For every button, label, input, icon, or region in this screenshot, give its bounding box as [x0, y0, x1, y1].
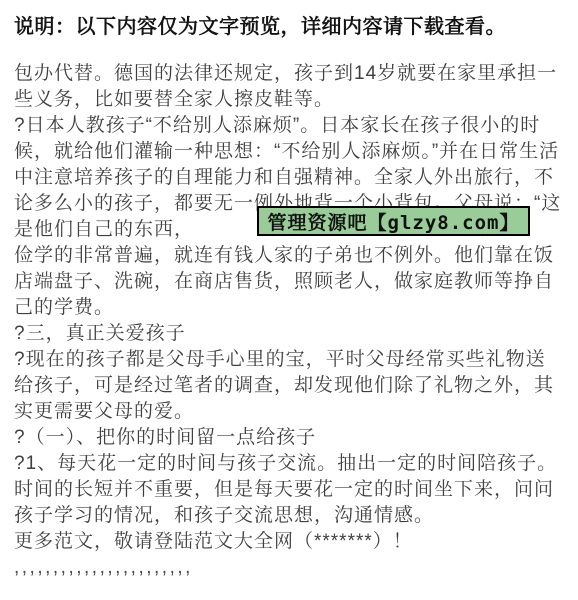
paragraph: ?现在的孩子都是父母手心里的宝，平时父母经常买些礼物送给孩子，可是经过笔者的调查…: [14, 347, 564, 425]
footer-note: 更多范文，敬请登陆范文大全网（*******）！: [14, 529, 564, 555]
preview-notice: 说明：以下内容仅为文字预览，详细内容请下载查看。: [14, 15, 564, 40]
paragraph: 俭学的非常普遍，就连有钱人家的子弟也不例外。他们靠在饭店端盘子、洗碗，在商店售货…: [14, 243, 564, 321]
paragraph: ?1、每天花一定的时间与孩子交流。抽出一定的时间陪孩子。时间的长短并不重要，但是…: [14, 451, 564, 529]
watermark-text: 管理资源吧【glzy8.com】: [268, 208, 520, 235]
document-body: 包办代替。德国的法律还规定，孩子到14岁就要在家里承担一些义务，比如要替全家人擦…: [14, 61, 564, 581]
paragraph: ?三，真正关爱孩子: [14, 321, 564, 347]
paragraph: 包办代替。德国的法律还规定，孩子到14岁就要在家里承担一些义务，比如要替全家人擦…: [14, 61, 564, 113]
document-preview-page: 说明：以下内容仅为文字预览，详细内容请下载查看。 包办代替。德国的法律还规定，孩…: [0, 0, 578, 600]
paragraph: ?（一）、把你的时间留一点给孩子: [14, 425, 564, 451]
watermark-overlay: 管理资源吧【glzy8.com】: [257, 206, 530, 236]
trailing-dots: ,,,,,,,,,,,,,,,,,,,,,,,: [14, 555, 564, 581]
